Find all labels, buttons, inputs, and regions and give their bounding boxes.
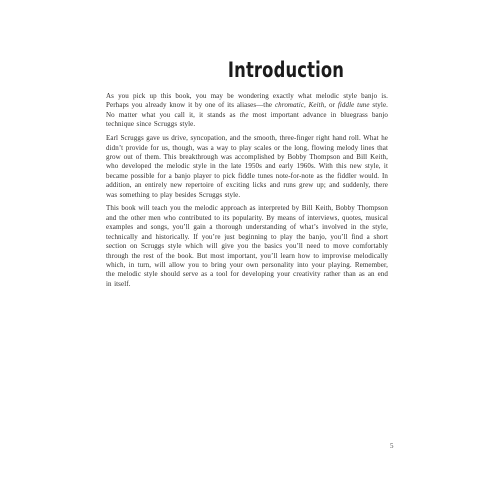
- paragraph-1: As you pick up this book, you may be won…: [106, 92, 388, 130]
- page-number: 5: [390, 442, 394, 450]
- book-page: Introduction As you pick up this book, y…: [0, 0, 500, 500]
- paragraph-2: Earl Scruggs gave us drive, syncopation,…: [106, 134, 388, 200]
- body-text: As you pick up this book, you may be won…: [106, 92, 388, 294]
- paragraph-1-text: or: [326, 101, 338, 109]
- paragraph-1-italic-the: the: [240, 111, 249, 119]
- page-title: Introduction: [228, 58, 344, 82]
- paragraph-3: This book will teach you the melodic app…: [106, 204, 388, 289]
- paragraph-1-italic-aliases: chromatic, Keith,: [275, 101, 326, 109]
- paragraph-1-italic-fiddle-tune: fiddle tune: [338, 101, 370, 109]
